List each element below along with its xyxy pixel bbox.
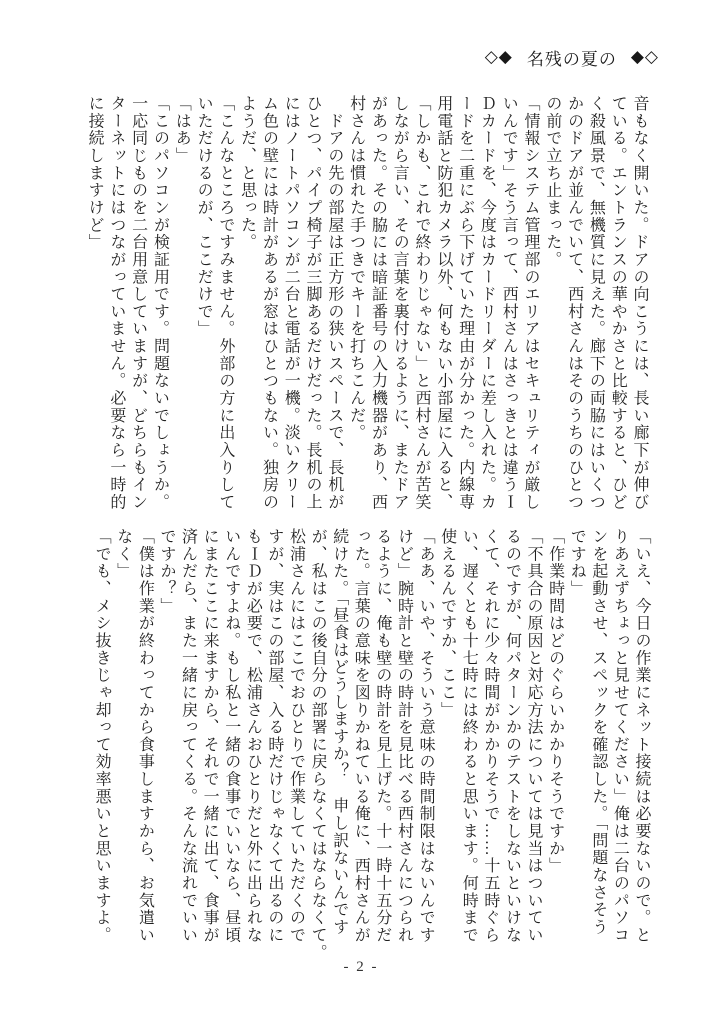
text-column: くて、それに少々時間がかかりそうで……十五時ぐら bbox=[479, 528, 501, 948]
text-column: るのですが、何パターンかのテストをしないといけな bbox=[501, 528, 523, 948]
text-column: 「作業時間はどのぐらいかかりそうですか」 bbox=[544, 528, 566, 948]
text-column: Ｄカードを、今度はカードリーダーに差し入れた。カ bbox=[476, 95, 498, 515]
text-column: 「こんなところですみません。外部の方に出入りして bbox=[214, 95, 236, 515]
text-column: 村さんは慣れた手つきでキーを打ちこんだ。 bbox=[345, 95, 367, 515]
text-column: 一応同じものを二台用意していますが、どちらもイン bbox=[127, 95, 149, 515]
text-column: いただけるのが、ここだけで」 bbox=[192, 95, 214, 515]
text-column: ドアの先の部屋は正方形の狭いスペースで、長机が bbox=[323, 95, 345, 515]
text-column: ですね」 bbox=[566, 528, 588, 948]
text-column: ひとつ、パイプ椅子が三脚あるだけだった。長机の上 bbox=[301, 95, 323, 515]
text-column: ム色の壁には時計があるが窓はひとつもない。独房の bbox=[258, 95, 280, 515]
text-column: ている。エントランスの華やかさと比較すると、ひど bbox=[606, 95, 628, 515]
text-column: いんです」そう言って、西村さんはさっきとは違うＩ bbox=[497, 95, 519, 515]
text-column: 「いえ、今日の作業にネット接続は必要ないので。と bbox=[630, 528, 652, 948]
text-column: なく」 bbox=[112, 528, 134, 948]
text-column: るように、俺も壁の時計を見上げた。十一時十五分だ bbox=[371, 528, 393, 948]
text-column: が、私はこの後自分の部署に戻らなくてはならなくて。 bbox=[307, 528, 329, 948]
text-column: があった。その脇には暗証番号の入力機器があり、西 bbox=[367, 95, 389, 515]
text-column: 「僕は作業が終わってから食事しますから、お気遣い bbox=[134, 528, 156, 948]
text-column: った。言葉の意味を図りかねている俺に、西村さんが bbox=[350, 528, 372, 948]
text-column: 済んだら、また一緒に戻ってくる。そんな流れでいい bbox=[177, 528, 199, 948]
text-column: 「ああ、いや、そういう意味の時間制限はないんです bbox=[414, 528, 436, 948]
text-column: しながら言い、その言葉を裏付けるように、またドア bbox=[388, 95, 410, 515]
text-column: 「不具合の原因と対応方法については見当はついてい bbox=[522, 528, 544, 948]
text-column: ンを起動させ、スペックを確認した。「問題なさそう bbox=[587, 528, 609, 948]
text-column: 「でも、メシ抜きじゃ却って効率悪いと思いますよ。 bbox=[91, 528, 113, 948]
text-column: かのドアが並んでいて、西村さんはそのうちのひとつ bbox=[563, 95, 585, 515]
text-column: りあえずちょっと見せてください」俺は二台のパソコ bbox=[609, 528, 631, 948]
text-column: もＩＤが必要で、松浦さんおひとりだと外に出られな bbox=[242, 528, 264, 948]
text-column: 松浦さんにはここでおひとりで作業していただくので bbox=[285, 528, 307, 948]
book-page: ◇◆ 名残の夏の ◆◇ 音もなく開いた。ドアの向こうには、長い廊下が伸びている。… bbox=[0, 0, 722, 1024]
header-ornament-left: ◇◆ bbox=[485, 47, 513, 67]
text-column: 「情報システム管理部のエリアはセキュリティが厳し bbox=[519, 95, 541, 515]
header-ornament-right: ◆◇ bbox=[631, 47, 659, 67]
text-column: ターネットにはつながっていません。必要なら一時的 bbox=[105, 95, 127, 515]
text-column: の前で立ち止まった。 bbox=[541, 95, 563, 515]
running-header: ◇◆ 名残の夏の ◆◇ bbox=[485, 47, 659, 67]
text-column: けど」腕時計と壁の時計を見比べる西村さんにつられ bbox=[393, 528, 415, 948]
text-column: い、遅くとも十七時には終わると思います。何時まで bbox=[458, 528, 480, 948]
text-column: すが、実はこの部屋、入る時だけじゃなくて出るのに bbox=[263, 528, 285, 948]
text-column: にはノートパソコンが二台と電話が一機。淡いクリー bbox=[279, 95, 301, 515]
text-column: 続けた。「昼食はどうしますか？ 申し訳ないんです bbox=[328, 528, 350, 948]
running-title: 名残の夏の bbox=[527, 45, 617, 70]
text-block-lower: 「いえ、今日の作業にネット接続は必要ないので。とりあえずちょっと見せてください」… bbox=[91, 528, 652, 948]
text-column: 「しかも、これで終わりじゃない」と西村さんが苦笑 bbox=[410, 95, 432, 515]
text-column: 音もなく開いた。ドアの向こうには、長い廊下が伸び bbox=[628, 95, 650, 515]
text-column: いんですよね。もし私と一緒の食事でいいなら、昼頃 bbox=[220, 528, 242, 948]
text-column: 使えるんですか、ここ」 bbox=[436, 528, 458, 948]
text-column: に接続しますけど」 bbox=[83, 95, 105, 515]
text-column: 「はあ」 bbox=[170, 95, 192, 515]
page-number: - 2 - bbox=[0, 959, 722, 976]
text-column: く殺風景で、無機質に見えた。廊下の両脇にはいくつ bbox=[585, 95, 607, 515]
text-column: ようだ、と思った。 bbox=[236, 95, 258, 515]
text-column: にまたここに来ますから、それで一緒に出て、食事が bbox=[199, 528, 221, 948]
text-column: ードを二重にぶら下げていた理由が分かった。内線専 bbox=[454, 95, 476, 515]
text-column: ですか？」 bbox=[155, 528, 177, 948]
text-column: 用電話と防犯カメラ以外、何もない小部屋に入ると、 bbox=[432, 95, 454, 515]
text-column: 「このパソコンが検証用です。問題ないでしょうか。 bbox=[149, 95, 171, 515]
text-block-upper: 音もなく開いた。ドアの向こうには、長い廊下が伸びている。エントランスの華やかさと… bbox=[83, 95, 650, 515]
